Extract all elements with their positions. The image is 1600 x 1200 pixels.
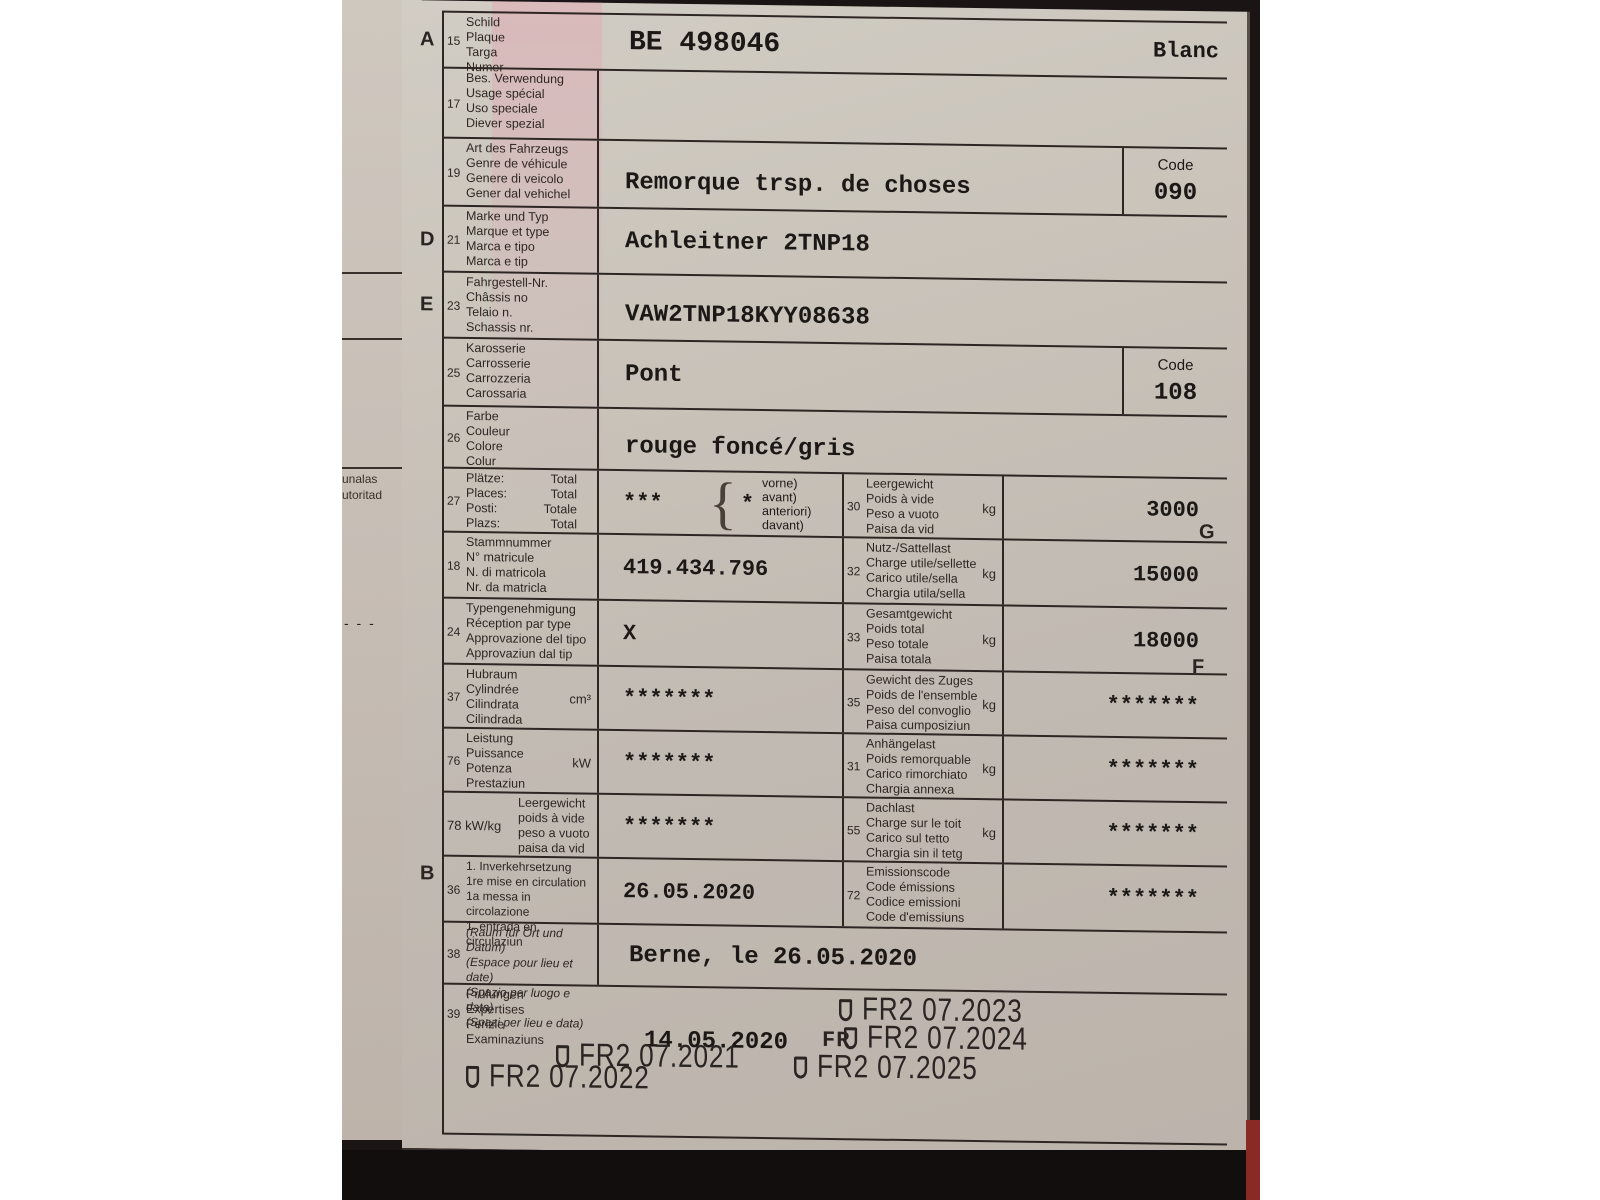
seats-label: 27 Plätze:Total Places:Total Posti:Total… (444, 469, 599, 533)
canton-shield-icon (844, 1027, 857, 1049)
row-matriculation-payload: 18 Stammnummer N° matricule N. di matric… (444, 533, 1227, 610)
divider (342, 467, 402, 469)
divider (342, 272, 402, 274)
power-weight-value: ******* (599, 795, 842, 860)
seats-cell: 27 Plätze:Total Places:Total Posti:Total… (444, 469, 844, 537)
side-marker-d: D (420, 228, 434, 251)
type-approval-cell: 24 Typengenehmigung Réception par type A… (444, 599, 844, 669)
special-use-label: 17 Bes. Verwendung Usage spécial Uso spe… (444, 69, 599, 139)
row-type-approval-total-weight: 24 Typengenehmigung Réception par type A… (444, 599, 1227, 676)
train-weight-value: ******* (1004, 672, 1227, 737)
special-use-value (599, 71, 1227, 148)
roof-load-label: 55 kg Dachlast Charge sur le toit Carico… (844, 798, 1004, 862)
payload-label: 32 kg Nutz-/Sattellast Charge utile/sell… (844, 538, 1004, 604)
seats-total-value: *** (599, 489, 709, 516)
color-value: rouge foncé/gris (599, 409, 1227, 478)
red-cover-edge (1246, 1120, 1260, 1200)
emission-code-label: 72 Emissionscode Code émissions Codice e… (844, 862, 1004, 928)
total-weight-label: 33 kg Gesamtgewicht Poids total Peso tot… (844, 604, 1004, 670)
displacement-cell: 37 cm³ Hubraum Cylindrée Cilindrata Cili… (444, 665, 844, 733)
code-label: Code (1124, 156, 1227, 174)
plate-value: BE 498046 (599, 15, 1227, 78)
vehicle-type-label: 19 Art des Fahrzeugs Genre de véhicule G… (444, 139, 599, 207)
plate-label: 15 Schild Plaque Targa Numer (444, 13, 599, 69)
registration-card: A D E B G F 15 Schild Plaque Targa Numer… (402, 0, 1250, 1162)
chassis-value: VAW2TNP18KYY08638 (599, 275, 1227, 348)
body-code-box: Code 108 (1122, 348, 1227, 415)
power-label: 76 kW Leistung Puissance Potenza Prestaz… (444, 729, 599, 793)
side-marker-b: B (420, 862, 434, 885)
seats-front-value: * (741, 491, 754, 516)
row-power-weight-roof-load: 78 kW/kg Leergewicht poids à vide peso a… (444, 793, 1227, 868)
canton-shield-icon (466, 1066, 479, 1088)
first-registration-cell: 36 1. Inverkehrsetzung 1re mise en circu… (444, 857, 844, 927)
left-page-text-2: utoritad (342, 488, 382, 502)
type-approval-value: X (599, 601, 842, 668)
empty-weight-cell: 30 kg Leergewicht Poids à vide Peso a vu… (844, 474, 1227, 541)
body-label: 25 Karosserie Carrosserie Carrozzeria Ca… (444, 339, 599, 407)
first-registration-label: 36 1. Inverkehrsetzung 1re mise en circu… (444, 857, 599, 923)
side-marker-a: A (420, 28, 434, 51)
seats-front-label: vorne) avant) anteriori) davant) (762, 476, 811, 533)
first-registration-value: 26.05.2020 (599, 859, 842, 926)
seats-value-cell: *** { * vorne) avant) anteriori) davant) (599, 471, 842, 536)
row-power-towable: 76 kW Leistung Puissance Potenza Prestaz… (444, 729, 1227, 804)
roof-load-value: ******* (1004, 800, 1227, 865)
field-grid: 15 Schild Plaque Targa Numer BE 498046 B… (442, 11, 1227, 1146)
emission-code-value: ******* (1004, 864, 1227, 931)
side-marker-e: E (420, 293, 433, 316)
towable-load-label: 31 kg Anhängelast Poids remorquable Cari… (844, 734, 1004, 798)
matriculation-value: 419.434.796 (599, 535, 842, 602)
emission-code-cell: 72 Emissionscode Code émissions Codice e… (844, 862, 1227, 931)
row-chassis: 23 Fahrgestell-Nr. Châssis no Telaio n. … (444, 273, 1227, 350)
row-color: 26 Farbe Couleur Colore Colur rouge fonc… (444, 407, 1227, 480)
make-model-label: 21 Marke und Typ Marque et type Marca e … (444, 207, 599, 273)
left-page-text-1: unalas (342, 472, 377, 486)
place-date-label: 38 (Raum für Ort und Datum) (Espace pour… (444, 923, 599, 985)
matriculation-label: 18 Stammnummer N° matricule N. di matric… (444, 533, 599, 599)
plate-color: Blanc (1153, 38, 1219, 64)
row-displacement-train-weight: 37 cm³ Hubraum Cylindrée Cilindrata Cili… (444, 665, 1227, 740)
roof-load-cell: 55 kg Dachlast Charge sur le toit Carico… (844, 798, 1227, 865)
place-date-value: Berne, le 26.05.2020 (599, 925, 1227, 994)
displacement-label: 37 cm³ Hubraum Cylindrée Cilindrata Cili… (444, 665, 599, 729)
payload-value: 15000 (1004, 540, 1227, 607)
row-plate: 15 Schild Plaque Targa Numer BE 498046 B… (444, 11, 1227, 80)
payload-cell: 32 kg Nutz-/Sattellast Charge utile/sell… (844, 538, 1227, 607)
train-weight-label: 35 kg Gewicht des Zuges Poids de l'ensem… (844, 670, 1004, 734)
body-value: Pont (599, 341, 1122, 414)
brace-glyph: { (709, 474, 737, 532)
photo-frame: unalas utoritad - - - A D E B G F 15 Sch… (342, 0, 1260, 1200)
row-body: 25 Karosserie Carrosserie Carrozzeria Ca… (444, 339, 1227, 418)
row-vehicle-type: 19 Art des Fahrzeugs Genre de véhicule G… (444, 139, 1227, 218)
power-weight-cell: 78 kW/kg Leergewicht poids à vide peso a… (444, 793, 844, 861)
row-first-registration-emission: 36 1. Inverkehrsetzung 1re mise en circu… (444, 857, 1227, 934)
type-approval-label: 24 Typengenehmigung Réception par type A… (444, 599, 599, 665)
power-weight-label: 78 kW/kg Leergewicht poids à vide peso a… (444, 793, 599, 857)
code-label: Code (1124, 356, 1227, 374)
chassis-label: 23 Fahrgestell-Nr. Châssis no Telaio n. … (444, 273, 599, 339)
inspection-stamp: FR2 07.2022 (466, 1057, 650, 1097)
vehicle-type-code: 090 (1124, 179, 1227, 207)
divider (342, 338, 402, 340)
dark-background (342, 1150, 1260, 1200)
total-weight-cell: 33 kg Gesamtgewicht Poids total Peso tot… (844, 604, 1227, 673)
matriculation-cell: 18 Stammnummer N° matricule N. di matric… (444, 533, 844, 603)
color-label: 26 Farbe Couleur Colore Colur (444, 407, 599, 469)
make-model-value: Achleitner 2TNP18 (599, 209, 1227, 282)
power-value: ******* (599, 731, 842, 796)
empty-weight-label: 30 kg Leergewicht Poids à vide Peso a vu… (844, 474, 1004, 538)
body-code: 108 (1124, 379, 1227, 407)
row-place-date: 38 (Raum für Ort und Datum) (Espace pour… (444, 923, 1227, 996)
towable-load-cell: 31 kg Anhängelast Poids remorquable Cari… (844, 734, 1227, 801)
power-cell: 76 kW Leistung Puissance Potenza Prestaz… (444, 729, 844, 797)
displacement-value: ******* (599, 667, 842, 732)
canton-shield-icon (794, 1056, 807, 1078)
row-seats-empty-weight: 27 Plätze:Total Places:Total Posti:Total… (444, 469, 1227, 544)
empty-weight-value: 3000 (1004, 476, 1227, 541)
row-special-use: 17 Bes. Verwendung Usage spécial Uso spe… (444, 69, 1227, 150)
vehicle-type-code-box: Code 090 (1122, 148, 1227, 215)
inspections-area: 39 Prüfungen Expertises Perizie Examinaz… (444, 985, 1227, 1146)
towable-load-value: ******* (1004, 736, 1227, 801)
inspections-label: 39 Prüfungen Expertises Perizie Examinaz… (444, 985, 546, 1050)
vehicle-type-value: Remorque trsp. de choses (599, 141, 1122, 214)
left-page-dashes: - - - (344, 615, 376, 631)
train-weight-cell: 35 kg Gewicht des Zuges Poids de l'ensem… (844, 670, 1227, 737)
total-weight-value: 18000 (1004, 606, 1227, 673)
inspection-stamp: FR2 07.2025 (794, 1047, 978, 1087)
row-make-model: 21 Marke und Typ Marque et type Marca e … (444, 207, 1227, 284)
